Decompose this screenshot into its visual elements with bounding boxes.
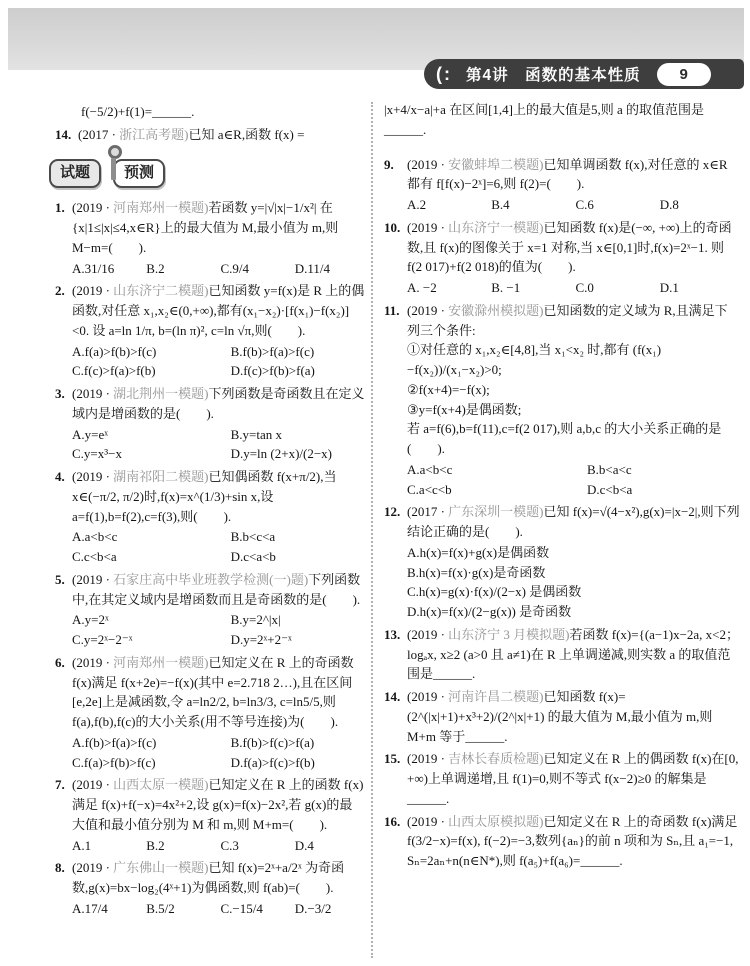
left-column: f(−5/2)+f(1)=______. 14. (2017 · 浙江高考题)已… [55,100,365,922]
column-divider [371,102,373,958]
option-c: C.f(a)>f(b)>f(c) [72,753,227,773]
workbook-page: (: 第4讲 函数的基本性质 9 f(−5/2)+f(1)=______. 14… [0,0,750,966]
problem-number: 15. [384,749,400,769]
spacer [384,143,740,155]
option-b: B.5/2 [146,899,216,919]
option-d: D.1 [660,278,740,298]
problem-item-14b: 14. (2019 · 河南许昌二模题)已知函数 f(x)=(2^(|x|+1)… [384,687,740,746]
option-b: B.2 [146,259,216,279]
option-d: D.−3/2 [295,899,365,919]
option-a: A.f(a)>f(b)>f(c) [72,342,227,362]
option-b: B. −1 [491,278,571,298]
problem-item-2: 2. (2019 · 山东济宁二模题)已知函数 y=f(x)是 R 上的偶函数,… [55,281,365,381]
problem-number: 10. [384,218,400,238]
problem-item-15: 15. (2019 · 吉林长春质检题)已知定义在 R 上的偶函数 f(x)在[… [384,749,740,808]
problem-year: (2019 · [72,572,113,587]
chapter-header-bar: (: 第4讲 函数的基本性质 9 [424,59,744,89]
problem-year: (2019 · [407,814,448,829]
option-a: A.a<b<c [72,527,227,547]
option-c: C.y=x³−x [72,444,227,464]
problem-number: 8. [55,858,65,878]
problem-year: (2019 · [407,627,448,642]
key-icon [107,145,120,185]
option-a: A.y=eˣ [72,425,227,445]
problem-source: 广东深圳一模题) [448,504,543,519]
page-number-badge: 9 [657,63,711,86]
problem-number: 16. [384,812,400,832]
option-c: C.−15/4 [221,899,291,919]
problem-source: 广东佛山一模题) [113,860,208,875]
problem-year: (2019 · [72,283,113,298]
option-d: D.11/4 [295,259,365,279]
right-column: |x+4/x−a|+a 在区间[1,4]上的最大值是5,则 a 的取值范围是__… [384,100,740,874]
option-b: B.y=2^|x| [231,610,365,630]
problem-number: 12. [384,502,400,522]
header-mark-icon: (: [436,64,452,85]
option-b: B.4 [491,195,571,215]
problem-year: (2019 · [72,469,113,484]
problem-source: 河南许昌二模题) [448,689,543,704]
option-c: C.0 [576,278,656,298]
problem-item-11: 11. (2019 · 安徽滁州模拟题)已知函数的定义域为 R,且满足下列三个条… [384,301,740,500]
options-row: A.2 B.4 C.6 D.8 [407,195,740,215]
problem-year: (2019 · [407,220,448,235]
problem-year: (2019 · [407,689,448,704]
problem-year: (2019 · [407,157,448,172]
problem-item-9: 9. (2019 · 安徽蚌埠二模题)已知单调函数 f(x),对任意的 x∈R … [384,155,740,215]
options-grid: A.y=eˣ B.y=tan x C.y=x³−x D.y=ln (2+x)/(… [72,425,365,465]
badge-right-label: 预测 [113,159,165,189]
option-c: C.a<c<b [407,480,583,500]
problem-year: (2019 · [72,386,113,401]
option-a: A.2 [407,195,487,215]
problem-number: 14. [384,687,400,707]
option-c: C.6 [576,195,656,215]
problem-year: (2019 · [407,751,448,766]
problem-number: 14. [55,125,71,145]
problem-item-10: 10. (2019 · 山东济宁一模题)已知函数 f(x)是(−∞, +∞)上的… [384,218,740,298]
option-b: B.2 [146,836,216,856]
options-grid: A.f(b)>f(a)>f(c) B.f(b)>f(c)>f(a) C.f(a)… [72,733,365,773]
problem-source: 安徽蚌埠二模题) [448,157,543,172]
problem-item-8: 8. (2019 · 广东佛山一模题)已知 f(x)=2ˣ+a/2ˣ 为奇函数,… [55,858,365,918]
problem-item-4: 4. (2019 · 湖南祁阳二模题)已知偶函数 f(x+π/2),当 x∈(−… [55,467,365,567]
problem-source: 安徽滁州模拟题) [448,303,543,318]
problem-year: (2019 · [407,303,448,318]
problem-source: 浙江高考题) [119,127,188,142]
problem-item-3: 3. (2019 · 湖北荆州一模题)下列函数是奇函数且在定义域内是增函数的是(… [55,384,365,464]
option-d: D.h(x)=f(x)/(2−g(x)) 是奇函数 [407,602,740,622]
option-d: D.y=2ˣ+2⁻ˣ [231,630,365,650]
option-b: B.y=tan x [231,425,365,445]
option-b: B.h(x)=f(x)·g(x)是奇函数 [407,563,740,583]
option-d: D.f(a)>f(c)>f(b) [231,753,365,773]
problem-source: 山西太原一模题) [113,777,208,792]
problem-item-12: 12. (2017 · 广东深圳一模题)已知 f(x)=√(4−x²),g(x)… [384,502,740,622]
option-d: D.4 [295,836,365,856]
problem-item-14-continued: 14. (2017 · 浙江高考题)已知 a∈R,函数 f(x) = [55,125,365,145]
option-a: A.f(b)>f(a)>f(c) [72,733,227,753]
problem-number: 1. [55,198,65,218]
option-d: D.f(c)>f(b)>f(a) [231,361,365,381]
problem-item-6: 6. (2019 · 河南郑州一模题)已知定义在 R 上的奇函数 f(x)满足 … [55,653,365,773]
option-d: D.c<b<a [587,480,740,500]
option-c: C.3 [221,836,291,856]
problem-number: 11. [384,301,400,321]
problem-number: 13. [384,625,400,645]
problem-text: 已知 a∈R,函数 f(x) = [189,127,305,142]
problem-year: (2017 · [407,504,448,519]
option-b: B.f(b)>f(a)>f(c) [231,342,365,362]
problem-source: 山东济宁二模题) [113,283,208,298]
problem-number: 3. [55,384,65,404]
option-b: B.b<c<a [231,527,365,547]
options-row: A.31/16 B.2 C.9/4 D.11/4 [72,259,365,279]
problem-item-16: 16. (2019 · 山西太原模拟题)已知定义在 R 上的奇函数 f(x)满足… [384,812,740,871]
options-grid: A.y=2ˣ B.y=2^|x| C.y=2ˣ−2⁻ˣ D.y=2ˣ+2⁻ˣ [72,610,365,650]
option-d: D.y=ln (2+x)/(2−x) [231,444,365,464]
option-c: C.9/4 [221,259,291,279]
option-c: C.y=2ˣ−2⁻ˣ [72,630,227,650]
continued-right-text: |x+4/x−a|+a 在区间[1,4]上的最大值是5,则 a 的取值范围是__… [384,100,740,140]
chapter-title: 第4讲 函数的基本性质 [466,63,641,85]
problem-year: (2019 · [72,777,113,792]
problem-number: 2. [55,281,65,301]
problem-item-14-continued-right: |x+4/x−a|+a 在区间[1,4]上的最大值是5,则 a 的取值范围是__… [384,100,740,140]
option-a: A.h(x)=f(x)+g(x)是偶函数 [407,543,740,563]
option-d: D.c<a<b [231,547,365,567]
option-a: A.1 [72,836,142,856]
problem-number: 5. [55,570,65,590]
problem-source: 湖北荆州一模题) [113,386,208,401]
problem-source: 石家庄高中毕业班教学检测(一)题) [113,572,308,587]
options-row: A.17/4 B.5/2 C.−15/4 D.−3/2 [72,899,365,919]
problem-source: 吉林长春质检题) [448,751,543,766]
problem-number: 6. [55,653,65,673]
options-list: A.h(x)=f(x)+g(x)是偶函数 B.h(x)=f(x)·g(x)是奇函… [407,543,740,622]
problem-item-5: 5. (2019 · 石家庄高中毕业班教学检测(一)题)下列函数中,在其定义域内… [55,570,365,650]
problem-number: 9. [384,155,394,175]
problem-source: 山东济宁 3 月模拟题) [448,627,569,642]
problem-source: 山西太原模拟题) [448,814,543,829]
problem-text: 已知函数的定义域为 R,且满足下列三个条件: ①对任意的 x₁,x₂∈[4,8]… [407,303,728,456]
continued-formula: f(−5/2)+f(1)=______. [81,102,365,122]
problem-year: (2019 · [72,860,113,875]
options-grid: A.f(a)>f(b)>f(c) B.f(b)>f(a)>f(c) C.f(c)… [72,342,365,382]
option-c: C.f(c)>f(a)>f(b) [72,361,227,381]
problem-item-1: 1. (2019 · 河南郑州一模题)若函数 y=|√|x|−1/x²| 在{x… [55,198,365,278]
option-b: B.f(b)>f(c)>f(a) [231,733,365,753]
options-row: A.1 B.2 C.3 D.4 [72,836,365,856]
option-d: D.8 [660,195,740,215]
problem-number: 4. [55,467,65,487]
options-grid: A.a<b<c B.b<a<c C.a<c<b D.c<b<a [407,460,740,500]
option-a: A.17/4 [72,899,142,919]
badge-left-label: 试题 [49,159,101,189]
options-grid: A.a<b<c B.b<c<a C.c<b<a D.c<a<b [72,527,365,567]
option-a: A.a<b<c [407,460,583,480]
problem-source: 山东济宁一模题) [448,220,543,235]
section-badge: 试题 预测 [49,159,359,189]
problem-year: (2017 · [78,127,119,142]
problem-item-13: 13. (2019 · 山东济宁 3 月模拟题)若函数 f(x)={(a−1)x… [384,625,740,684]
option-a: A.y=2ˣ [72,610,227,630]
problem-item-7: 7. (2019 · 山西太原一模题)已知定义在 R 上的函数 f(x)满足 f… [55,775,365,855]
problem-source: 河南郑州一模题) [113,655,208,670]
option-c: C.h(x)=g(x)·f(x)/(2−x) 是偶函数 [407,582,740,602]
options-row: A. −2 B. −1 C.0 D.1 [407,278,740,298]
problem-source: 河南郑州一模题) [113,200,208,215]
problem-year: (2019 · [72,655,113,670]
option-b: B.b<a<c [587,460,740,480]
option-c: C.c<b<a [72,547,227,567]
problem-source: 湖南祁阳二模题) [113,469,208,484]
problem-number: 7. [55,775,65,795]
option-a: A.31/16 [72,259,142,279]
option-a: A. −2 [407,278,487,298]
problem-year: (2019 · [72,200,113,215]
